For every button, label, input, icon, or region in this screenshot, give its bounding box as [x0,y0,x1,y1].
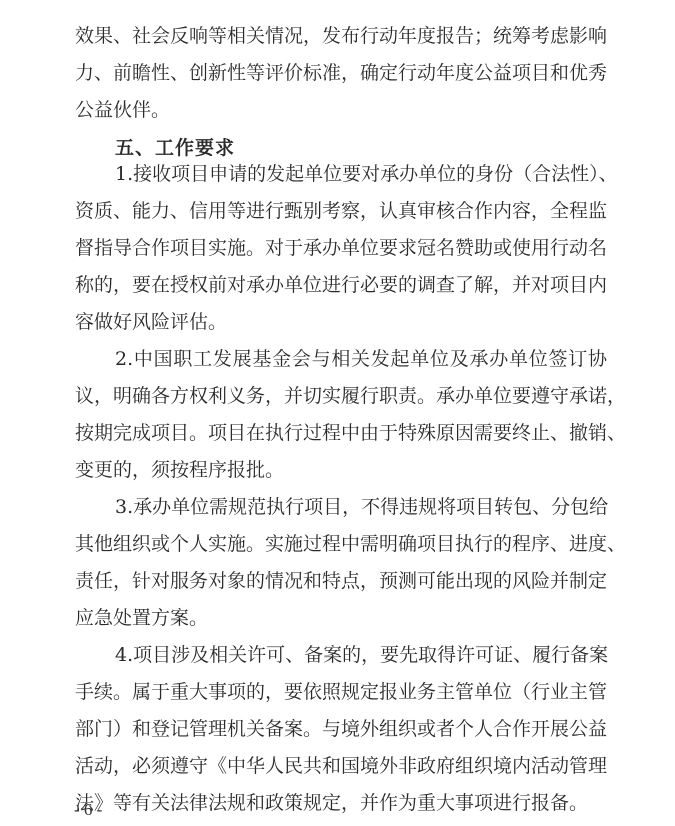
text-line: 责任，针对服务对象的情况和特点，预测可能出现的风险并制定 [75,568,607,594]
text-line: 督指导合作项目实施。对于承办单位要求冠名赞助或使用行动名 [75,235,607,261]
text-line: 变更的，须按程序报批。 [75,457,607,483]
section-heading: 五、工作要求 [115,135,607,161]
text-line: 称的，要在授权前对承办单位进行必要的调查了解，并对项目内 [75,272,607,298]
text-line: 议，明确各方权利义务，并切实履行职责。承办单位要遵守承诺， [75,383,607,409]
text-line: 按期完成项目。项目在执行过程中由于特殊原因需要终止、撤销、 [75,420,607,446]
text-line: 容做好风险评估。 [75,309,607,335]
paragraph-3-start: 3.承办单位需规范执行项目，不得违规将项目转包、分包给 [115,494,607,520]
text-line: 部门）和登记管理机关备案。与境外组织或者个人合作开展公益 [75,716,607,742]
text-line: 应急处置方案。 [75,605,607,631]
text-line: 其他组织或个人实施。实施过程中需明确项目执行的程序、进度、 [75,531,607,557]
paragraph-1-start: 1.接收项目申请的发起单位要对承办单位的身份（合法性）、 [115,161,607,187]
text-line: 活动，必须遵守《中华人民共和国境外非政府组织境内活动管理 [75,753,607,779]
text-line: 力、前瞻性、创新性等评价标准，确定行动年度公益项目和优秀 [75,60,607,86]
paragraph-2-start: 2.中国职工发展基金会与相关发起单位及承办单位签订协 [115,346,607,372]
page-number: - 6 - [74,799,102,821]
text-line: 资质、能力、信用等进行甄别考察，认真审核合作内容，全程监 [75,198,607,224]
paragraph-4-start: 4.项目涉及相关许可、备案的，要先取得许可证、履行备案 [115,642,607,668]
document-page: 效果、社会反响等相关情况，发布行动年度报告；统筹考虑影响 力、前瞻性、创新性等评… [0,0,675,826]
text-line: 公益伙伴。 [75,97,607,123]
text-line: 手续。属于重大事项的，要依照规定报业务主管单位（行业主管 [75,679,607,705]
text-line: 效果、社会反响等相关情况，发布行动年度报告；统筹考虑影响 [75,23,607,49]
text-line: 法》等有关法律法规和政策规定，并作为重大事项进行报备。 [75,790,607,816]
